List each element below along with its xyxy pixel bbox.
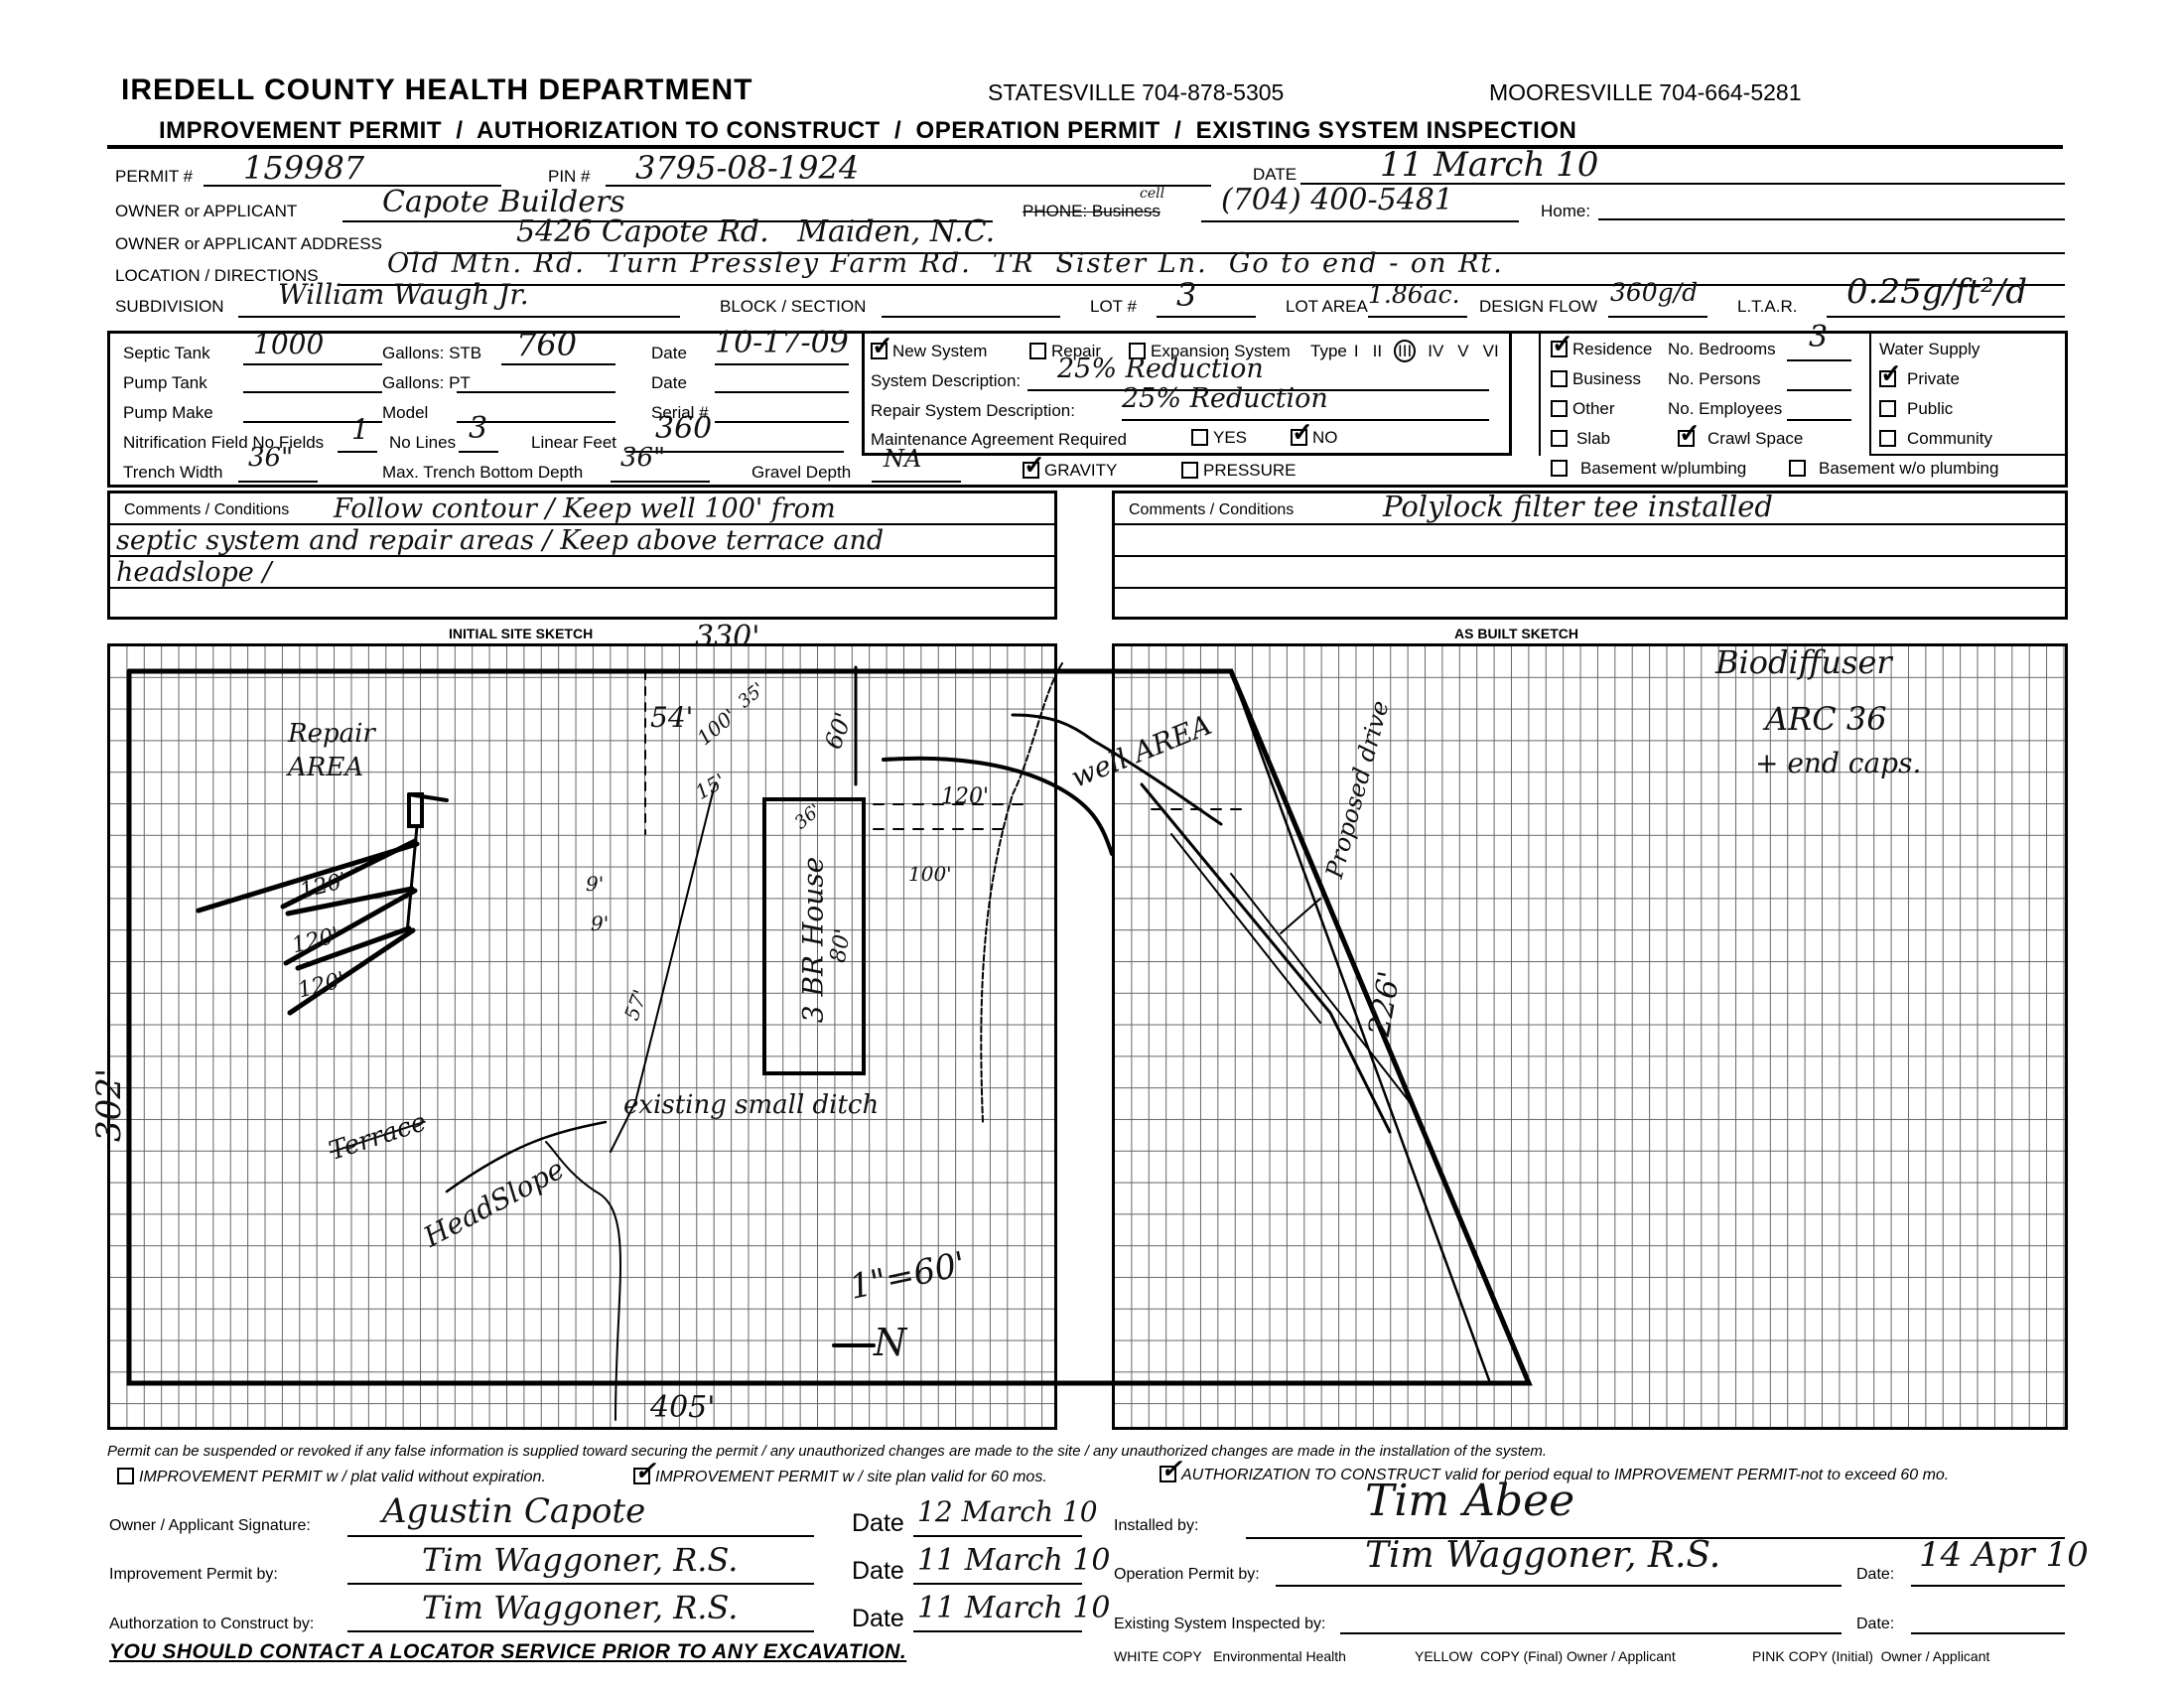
dim-120: 120' bbox=[941, 784, 989, 809]
basement-w-option[interactable]: Basement w/plumbing bbox=[1551, 459, 1746, 479]
ip-by-signature: Tim Waggoner, R.S. bbox=[422, 1541, 738, 1579]
tank-date-label: Date bbox=[651, 344, 687, 363]
block-label: BLOCK / SECTION bbox=[720, 297, 866, 317]
esi-field[interactable] bbox=[1340, 1593, 1842, 1634]
pressure-checkbox[interactable] bbox=[1181, 462, 1198, 479]
north-arrow-label: N bbox=[874, 1321, 906, 1364]
as-built-note-1: Biodiffuser bbox=[1715, 643, 1892, 681]
crawl-space-option[interactable]: Crawl Space bbox=[1678, 429, 1803, 449]
lot-label: LOT # bbox=[1090, 297, 1137, 317]
other-checkbox[interactable] bbox=[1551, 400, 1568, 417]
as-built-sketch-grid[interactable] bbox=[1112, 643, 2068, 1430]
revocation-disclaimer: Permit can be suspended or revoked if an… bbox=[107, 1443, 1547, 1460]
repair-description-field[interactable]: 25% Reduction bbox=[1122, 387, 1489, 421]
other-option[interactable]: Other bbox=[1551, 399, 1615, 419]
date-label: DATE bbox=[1253, 165, 1297, 185]
owner-date: 12 March 10 bbox=[917, 1495, 1098, 1528]
installed-by-label: Installed by: bbox=[1114, 1517, 1198, 1535]
initial-sketch-title: INITIAL SITE SKETCH bbox=[449, 626, 593, 641]
no-lines-field[interactable]: 3 bbox=[459, 417, 498, 453]
no-lines-value: 3 bbox=[469, 411, 487, 446]
as-built-note-3: + end caps. bbox=[1755, 747, 1921, 779]
pressure-option[interactable]: PRESSURE bbox=[1181, 461, 1297, 481]
gravity-checkbox[interactable] bbox=[1023, 462, 1039, 479]
sketch-top-dimension: 330' bbox=[695, 620, 760, 654]
residence-checkbox[interactable] bbox=[1551, 341, 1568, 357]
water-private-checkbox[interactable] bbox=[1879, 370, 1896, 387]
owner-signature-label: Owner / Applicant Signature: bbox=[109, 1517, 311, 1535]
system-description-label: System Description: bbox=[871, 371, 1021, 391]
facility-divider bbox=[1539, 331, 1541, 456]
pressure-label: PRESSURE bbox=[1203, 461, 1297, 480]
mooresville-phone: MOORESVILLE 704-664-5281 bbox=[1489, 79, 1802, 106]
comments-left-line-3: headslope / bbox=[116, 557, 271, 588]
department-title: IREDELL COUNTY HEALTH DEPARTMENT bbox=[121, 73, 752, 107]
pin-label: PIN # bbox=[548, 167, 591, 187]
water-private-label: Private bbox=[1907, 369, 1960, 388]
stb-field[interactable]: 760 bbox=[501, 330, 615, 365]
model-label: Model bbox=[382, 403, 428, 423]
water-public-checkbox[interactable] bbox=[1879, 400, 1896, 417]
comments-left-line-1: Follow contour / Keep well 100' from bbox=[334, 493, 836, 524]
comments-left-box[interactable]: Comments / Conditions Follow contour / K… bbox=[107, 491, 1057, 620]
tank-date-field[interactable]: 10-17-09 bbox=[715, 330, 849, 365]
pump-tank-label: Pump Tank bbox=[123, 373, 207, 393]
comments-left-rule bbox=[110, 587, 1054, 589]
pump-date-field[interactable] bbox=[715, 369, 849, 393]
design-flow-field[interactable]: 360g/d bbox=[1608, 280, 1707, 318]
ip-by-label: Improvement Permit by: bbox=[109, 1566, 278, 1584]
maintenance-no-option[interactable]: NO bbox=[1291, 428, 1338, 448]
atc-date-label: Date bbox=[852, 1605, 904, 1633]
comments-right-rule bbox=[1115, 587, 2065, 589]
comments-right-rule bbox=[1115, 555, 2065, 557]
septic-tank-label: Septic Tank bbox=[123, 344, 210, 363]
trench-width-value: 36" bbox=[248, 443, 293, 473]
block-field[interactable] bbox=[882, 282, 1060, 318]
basement-w-label: Basement w/plumbing bbox=[1580, 459, 1746, 478]
owner-label: OWNER or APPLICANT bbox=[115, 202, 297, 221]
design-flow-label: DESIGN FLOW bbox=[1479, 297, 1597, 317]
atc-by-field[interactable]: Tim Waggoner, R.S. bbox=[347, 1593, 814, 1632]
maintenance-yes-label: YES bbox=[1213, 428, 1247, 447]
pin-field[interactable]: 3795-08-1924 bbox=[606, 149, 1211, 187]
repair-description-label: Repair System Description: bbox=[871, 401, 1075, 421]
owner-signature-field[interactable]: Agustin Capote bbox=[347, 1497, 814, 1537]
business-checkbox[interactable] bbox=[1551, 370, 1568, 387]
repair-description-value: 25% Reduction bbox=[1122, 383, 1328, 414]
maintenance-yes-option[interactable]: YES bbox=[1191, 428, 1247, 448]
basement-wo-option[interactable]: Basement w/o plumbing bbox=[1789, 459, 1998, 479]
persons-field[interactable] bbox=[1787, 365, 1851, 391]
ip-site-checkbox[interactable] bbox=[633, 1468, 650, 1484]
home-phone-field[interactable] bbox=[1598, 185, 2065, 220]
slab-checkbox[interactable] bbox=[1551, 430, 1568, 447]
gap-9-b: 9' bbox=[591, 912, 609, 935]
water-community-option[interactable]: Community bbox=[1879, 429, 1992, 449]
pump-date-label: Date bbox=[651, 373, 687, 393]
owner-date-label: Date bbox=[852, 1509, 904, 1538]
permit-field[interactable]: 159987 bbox=[204, 149, 501, 187]
crawl-space-checkbox[interactable] bbox=[1678, 430, 1695, 447]
esi-date-field[interactable] bbox=[1911, 1593, 2065, 1634]
comments-left-label: Comments / Conditions bbox=[124, 501, 289, 519]
permit-value: 159987 bbox=[243, 149, 364, 187]
phone-value: (704) 400-5481 bbox=[1221, 183, 1453, 217]
max-depth-field[interactable]: 36" bbox=[611, 447, 710, 483]
comments-right-rule bbox=[1115, 523, 2065, 525]
gap-9-a: 9' bbox=[586, 872, 604, 896]
slab-label: Slab bbox=[1576, 429, 1610, 448]
ip-date-field[interactable]: 11 March 10 bbox=[913, 1545, 1082, 1585]
house-label: 3 BR House bbox=[796, 857, 829, 1024]
op-date-field[interactable]: 14 Apr 10 bbox=[1911, 1545, 2065, 1587]
residence-option[interactable]: Residence bbox=[1551, 340, 1652, 359]
septic-tank-value: 1000 bbox=[253, 328, 324, 360]
installed-by-field[interactable]: Tim Abee bbox=[1246, 1497, 2065, 1539]
subdivision-field[interactable]: William Waugh Jr. bbox=[238, 280, 680, 318]
ip-by-field[interactable]: Tim Waggoner, R.S. bbox=[347, 1545, 814, 1585]
ip-date: 11 March 10 bbox=[917, 1543, 1111, 1578]
as-built-sketch-title: AS BUILT SKETCH bbox=[1454, 626, 1578, 641]
business-label: Business bbox=[1572, 369, 1641, 388]
esi-date-label: Date: bbox=[1856, 1616, 1894, 1633]
pt-field[interactable] bbox=[457, 369, 615, 393]
comments-right-line-1: Polylock filter tee installed bbox=[1383, 490, 1773, 523]
water-community-checkbox[interactable] bbox=[1879, 430, 1896, 447]
basement-wo-checkbox[interactable] bbox=[1789, 460, 1806, 477]
gravel-depth-label: Gravel Depth bbox=[751, 463, 851, 483]
locator-warning: YOU SHOULD CONTACT A LOCATOR SERVICE PRI… bbox=[109, 1640, 906, 1664]
new-system-label: New System bbox=[892, 342, 987, 360]
address-value: 5426 Capote Rd. Maiden, N.C. bbox=[516, 214, 995, 249]
new-system-option[interactable]: New System bbox=[871, 342, 987, 361]
no-lines-label: No Lines bbox=[389, 433, 456, 453]
crawl-space-label: Crawl Space bbox=[1707, 429, 1803, 448]
trench-width-label: Trench Width bbox=[123, 463, 222, 483]
bedrooms-value: 3 bbox=[1809, 320, 1828, 354]
trench-width-field[interactable]: 36" bbox=[238, 447, 318, 483]
water-supply-title: Water Supply bbox=[1879, 340, 1979, 359]
water-private-option[interactable]: Private bbox=[1879, 369, 1960, 389]
maintenance-no-label: NO bbox=[1312, 428, 1338, 447]
ltar-label: L.T.A.R. bbox=[1737, 297, 1797, 317]
initial-site-sketch-grid[interactable] bbox=[107, 643, 1057, 1430]
basement-wo-label: Basement w/o plumbing bbox=[1819, 459, 1998, 478]
pink-copy-note: PINK COPY (Initial) Owner / Applicant bbox=[1752, 1648, 1989, 1664]
residence-label: Residence bbox=[1572, 340, 1652, 358]
permit-label: PERMIT # bbox=[115, 167, 193, 187]
form-subtitle: IMPROVEMENT PERMIT / AUTHORIZATION TO CO… bbox=[159, 117, 1576, 145]
yellow-copy-note: YELLOW COPY (Final) Owner / Applicant bbox=[1415, 1648, 1676, 1664]
lot-field[interactable]: 3 bbox=[1157, 280, 1256, 318]
esi-label: Existing System Inspected by: bbox=[1114, 1616, 1325, 1633]
basement-w-checkbox[interactable] bbox=[1551, 460, 1568, 477]
lot-value: 3 bbox=[1176, 276, 1196, 314]
ditch-note: existing small ditch bbox=[623, 1090, 879, 1120]
other-label: Other bbox=[1572, 399, 1615, 418]
dim-100b: 100' bbox=[908, 862, 952, 886]
water-public-label: Public bbox=[1907, 399, 1953, 418]
no-fields-field[interactable]: 1 bbox=[338, 417, 377, 453]
max-depth-label: Max. Trench Bottom Depth bbox=[382, 463, 583, 483]
op-date-label: Date: bbox=[1856, 1566, 1894, 1584]
repair-area-note: Repair AREA bbox=[288, 717, 397, 784]
atc-by-signature: Tim Waggoner, R.S. bbox=[422, 1589, 738, 1626]
persons-label: No. Persons bbox=[1668, 369, 1761, 389]
phone-annotation: cell bbox=[1140, 186, 1164, 202]
tank-date-value: 10-17-09 bbox=[715, 326, 849, 360]
slab-option[interactable]: Slab bbox=[1551, 429, 1610, 449]
as-built-note-2: ARC 36 bbox=[1765, 700, 1887, 738]
ip-plat-checkbox[interactable] bbox=[117, 1468, 134, 1484]
ltar-value: 0.25g/ft²/d bbox=[1846, 272, 2027, 312]
owner-date-field[interactable]: 12 March 10 bbox=[913, 1497, 1082, 1537]
op-date: 14 Apr 10 bbox=[1919, 1535, 2089, 1575]
maintenance-yes-checkbox[interactable] bbox=[1191, 429, 1208, 446]
pin-value: 3795-08-1924 bbox=[635, 149, 859, 187]
date-field[interactable]: 11 March 10 bbox=[1300, 149, 2065, 185]
installed-by-signature: Tim Abee bbox=[1365, 1476, 1574, 1526]
sketch-bottom-dimension: 405' bbox=[650, 1390, 716, 1425]
pump-tank-field[interactable] bbox=[243, 369, 382, 393]
no-fields-value: 1 bbox=[351, 413, 369, 446]
maintenance-no-checkbox[interactable] bbox=[1291, 429, 1307, 446]
water-public-option[interactable]: Public bbox=[1879, 399, 1953, 419]
gallons-stb-label: Gallons: STB bbox=[382, 344, 481, 363]
atc-date: 11 March 10 bbox=[917, 1591, 1111, 1625]
ip-plat-option[interactable]: IMPROVEMENT PERMIT w / plat valid withou… bbox=[117, 1468, 546, 1486]
subdivision-label: SUBDIVISION bbox=[115, 297, 224, 317]
atc-by-label: Authorzation to Construct by: bbox=[109, 1616, 314, 1633]
new-system-checkbox[interactable] bbox=[871, 343, 887, 359]
bedrooms-field[interactable]: 3 bbox=[1787, 326, 1851, 361]
max-depth-value: 36" bbox=[620, 443, 665, 473]
gravity-label: GRAVITY bbox=[1044, 461, 1117, 480]
dim-54: 54' bbox=[650, 701, 693, 734]
lot-area-value: 1.86ac. bbox=[1368, 280, 1460, 309]
atc-date-field[interactable]: 11 March 10 bbox=[913, 1593, 1082, 1632]
employees-label: No. Employees bbox=[1668, 399, 1782, 419]
ltar-field[interactable]: 0.25g/ft²/d bbox=[1827, 280, 2065, 318]
septic-tank-field[interactable]: 1000 bbox=[243, 330, 382, 365]
water-community-label: Community bbox=[1907, 429, 1992, 448]
owner-signature: Agustin Capote bbox=[382, 1491, 645, 1531]
bedrooms-label: No. Bedrooms bbox=[1668, 340, 1776, 359]
sketch-left-dimension: 302' bbox=[89, 1068, 129, 1142]
system-description-value: 25% Reduction bbox=[1057, 353, 1264, 384]
subdivision-value: William Waugh Jr. bbox=[278, 278, 529, 311]
design-flow-value: 360g/d bbox=[1610, 278, 1698, 307]
ip-date-label: Date bbox=[852, 1557, 904, 1586]
lot-area-label: LOT AREA bbox=[1286, 297, 1368, 317]
statesville-phone: STATESVILLE 704-878-5305 bbox=[988, 79, 1284, 106]
business-option[interactable]: Business bbox=[1551, 369, 1641, 389]
atc-checkbox[interactable] bbox=[1160, 1466, 1176, 1482]
location-value: Old Mtn. Rd. Turn Pressley Farm Rd. TR S… bbox=[387, 248, 1504, 279]
linear-feet-label: Linear Feet bbox=[531, 433, 616, 453]
op-by-signature: Tim Waggoner, R.S. bbox=[1365, 1535, 1720, 1576]
ip-plat-label: IMPROVEMENT PERMIT w / plat valid withou… bbox=[139, 1469, 546, 1485]
op-by-label: Operation Permit by: bbox=[1114, 1566, 1260, 1584]
ip-site-label: IMPROVEMENT PERMIT w / site plan valid f… bbox=[655, 1469, 1047, 1485]
employees-field[interactable] bbox=[1787, 395, 1851, 421]
white-copy-note: WHITE COPY Environmental Health bbox=[1114, 1648, 1346, 1664]
stb-value: 760 bbox=[516, 326, 577, 363]
comments-right-label: Comments / Conditions bbox=[1129, 501, 1294, 519]
maintenance-label: Maintenance Agreement Required bbox=[871, 430, 1127, 450]
comments-right-box[interactable]: Comments / Conditions Polylock filter te… bbox=[1112, 491, 2068, 620]
date-value: 11 March 10 bbox=[1380, 145, 1598, 185]
op-by-field[interactable]: Tim Waggoner, R.S. bbox=[1276, 1545, 1842, 1587]
linear-feet-value: 360 bbox=[655, 411, 712, 446]
pump-make-label: Pump Make bbox=[123, 403, 213, 423]
lot-area-field[interactable]: 1.86ac. bbox=[1368, 280, 1467, 318]
comments-left-line-2: septic system and repair areas / Keep ab… bbox=[116, 525, 884, 556]
gravity-option[interactable]: GRAVITY bbox=[1023, 461, 1117, 481]
ip-site-option[interactable]: IMPROVEMENT PERMIT w / site plan valid f… bbox=[633, 1468, 1047, 1486]
